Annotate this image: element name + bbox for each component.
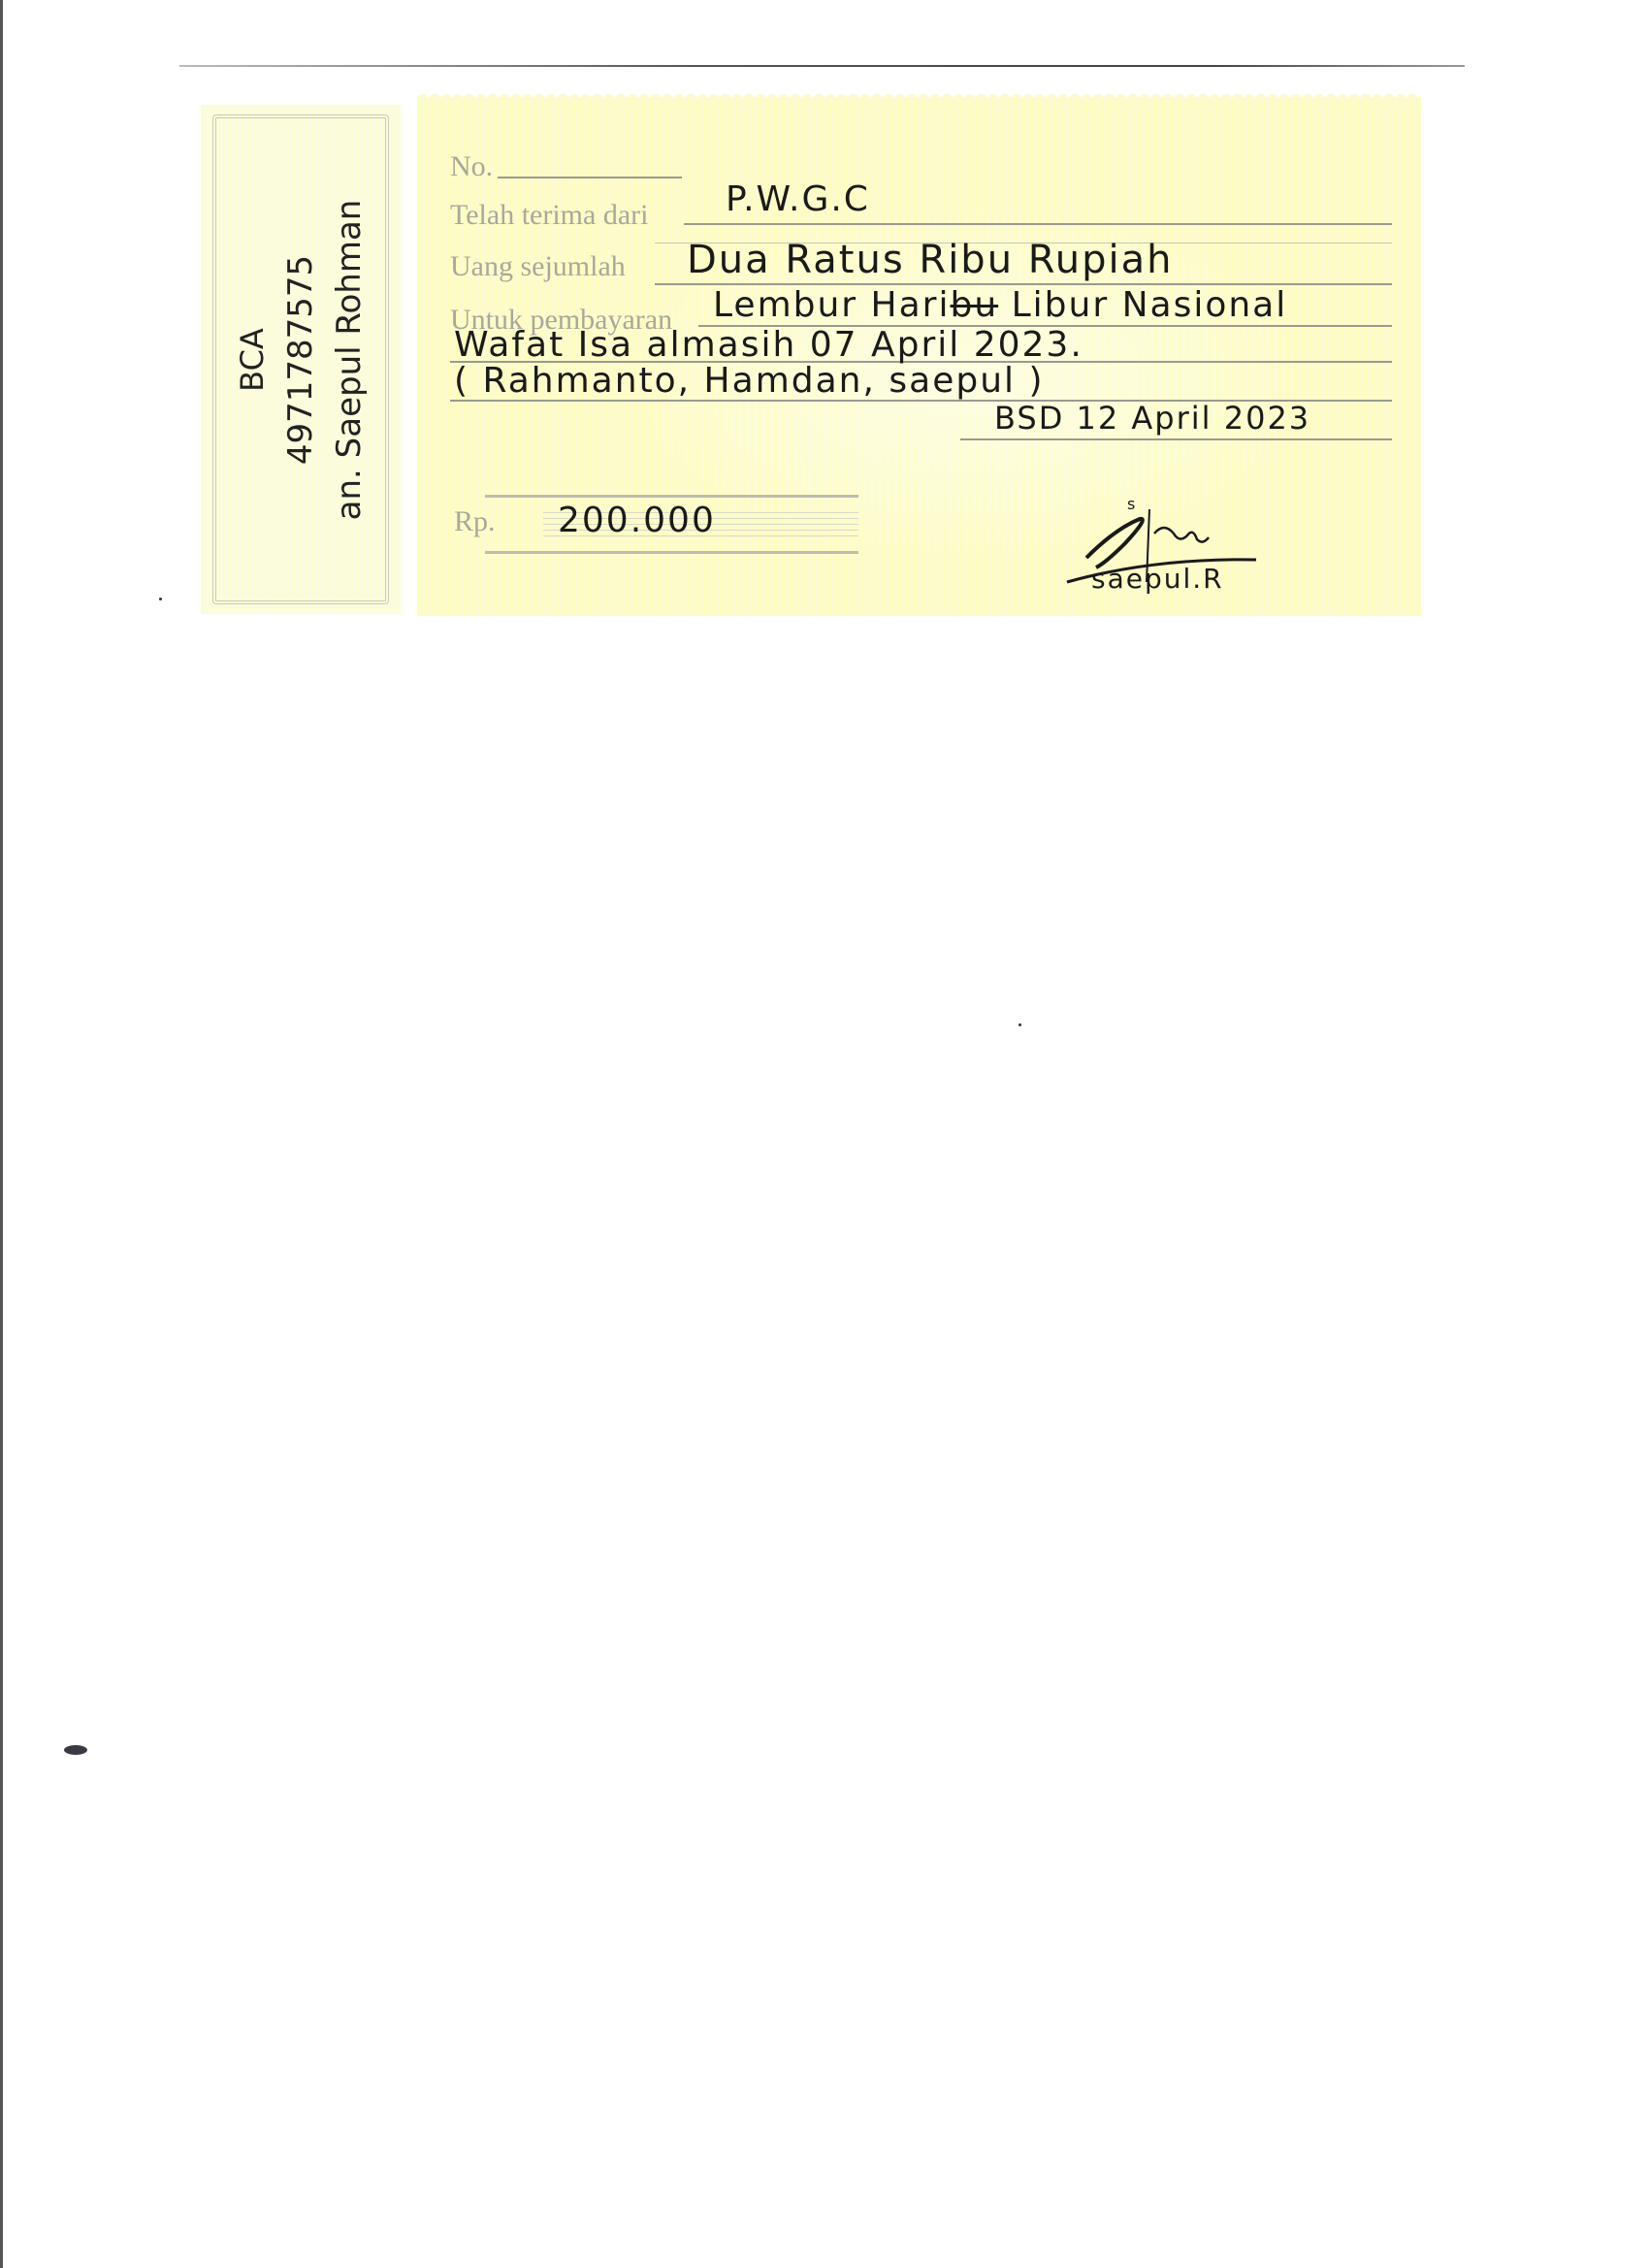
label-number: No. [450,150,493,183]
svg-text:s: s [1127,495,1135,513]
value-received-from: P.W.G.C [726,179,870,219]
value-amount-words: Dua Ratus Ribu Rupiah [687,238,1173,282]
stub-account-name: an. Saepul Rohman [325,199,373,520]
label-amount-words: Uang sejumlah [450,250,626,283]
stub-bank-details: BCA 4971787575 an. Saepul Rohman [228,199,373,520]
payment-for-1a: Lembur Hari [713,285,951,325]
amount-box: Rp. 200.000 [485,495,858,554]
received-from-line [684,223,1392,225]
label-received-from: Telah terima dari [450,199,648,232]
scan-speck [1018,1023,1021,1026]
ink-blot [64,1745,87,1755]
signer-name: saepul.R [1091,563,1224,595]
number-line [498,177,682,178]
stub-account-number: 4971787575 [276,199,325,520]
receipt-body: No. Telah terima dari P.W.G.C Uang sejum… [417,97,1421,616]
value-payment-for-1: Lembur Haribu Libur Nasional [713,285,1287,325]
scan-edge [0,0,3,2268]
payment-for-1b: Libur Nasional [998,285,1287,325]
payment-for-struck: bu [951,285,999,325]
value-payment-for-2: Wafat Isa almasih 07 April 2023. [454,325,1083,365]
stub-bank: BCA [228,199,276,520]
label-currency: Rp. [454,505,496,538]
scan-top-line [179,65,1465,67]
value-payment-for-3: ( Rahmanto, Hamdan, saepul ) [454,361,1045,401]
scan-speck [159,598,162,600]
value-place-date: BSD 12 April 2023 [994,400,1310,437]
signature: s saepul.R [1057,490,1271,597]
place-date-line [960,438,1392,440]
value-amount: 200.000 [558,501,716,540]
receipt-stub: BCA 4971787575 an. Saepul Rohman [201,105,401,614]
